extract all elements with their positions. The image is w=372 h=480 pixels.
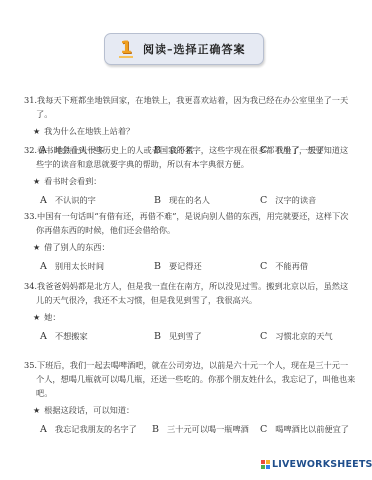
question-prompt: ★她： bbox=[24, 310, 356, 325]
liveworksheets-logo-icon bbox=[261, 460, 270, 469]
prompt-text: 借了别人的东西： bbox=[44, 242, 110, 252]
question-prompt: ★根据这段话，可以知道： bbox=[24, 403, 356, 418]
options-row: A不认识的字 B现在的名人 C汉字的读音 bbox=[24, 193, 356, 209]
options-row: A我忘记我朋友的名字了 B三十元可以喝一瓶啤酒 C喝啤酒比以前便宜了 bbox=[24, 422, 356, 438]
prompt-text: 看书时会看到： bbox=[44, 176, 101, 186]
logo-text: LIVEWORKSHEETS bbox=[272, 459, 372, 470]
question-number: 33. bbox=[24, 211, 37, 221]
option-text: 不认识的字 bbox=[55, 195, 96, 205]
prompt-text: 她： bbox=[44, 312, 60, 322]
option-c[interactable]: C不能再借 bbox=[260, 259, 308, 274]
question-prompt: ★我为什么在地铁上站着？ bbox=[24, 124, 356, 139]
section-header: 1 阅读–选择正确答案 bbox=[104, 33, 264, 65]
question-35: 35.下班后，我们一起去喝啤酒吧，就在公司旁边，以前是六十元一个人，现在是三十元… bbox=[24, 358, 356, 438]
option-letter: A bbox=[40, 195, 47, 206]
question-33: 33.中国有一句话叫“有借有还，再借不难”，是说向别人借的东西，用完就要还，这样… bbox=[24, 209, 356, 275]
question-prompt: ★借了别人的东西： bbox=[24, 240, 356, 255]
option-text: 喝啤酒比以前便宜了 bbox=[275, 424, 349, 434]
star-icon: ★ bbox=[33, 313, 40, 322]
logo-square bbox=[261, 465, 265, 469]
option-text: 汉字的读音 bbox=[275, 195, 316, 205]
option-c[interactable]: C喝啤酒比以前便宜了 bbox=[260, 422, 349, 437]
option-b[interactable]: B现在的名人 bbox=[154, 193, 210, 208]
option-a[interactable]: A不想搬家 bbox=[40, 329, 88, 344]
star-icon: ★ bbox=[33, 177, 40, 186]
star-icon: ★ bbox=[33, 127, 40, 136]
option-text: 别用太长时间 bbox=[55, 261, 104, 271]
option-letter: A bbox=[40, 261, 47, 272]
question-passage: 35.下班后，我们一起去喝啤酒吧，就在公司旁边，以前是六十元一个人，现在是三十元… bbox=[24, 358, 356, 400]
option-a[interactable]: A不认识的字 bbox=[40, 193, 96, 208]
option-letter: B bbox=[154, 331, 161, 342]
option-letter: C bbox=[260, 261, 267, 272]
option-letter: C bbox=[260, 195, 267, 206]
question-32: 32.看书时会看到一些历史上的人或者国家的名字，这些字现在很多都不用了，想要知道… bbox=[24, 143, 356, 209]
option-letter: C bbox=[260, 331, 267, 342]
logo-square bbox=[261, 460, 265, 464]
option-text: 要记得还 bbox=[169, 261, 202, 271]
option-b[interactable]: B要记得还 bbox=[154, 259, 202, 274]
question-number: 31. bbox=[24, 95, 37, 105]
option-c[interactable]: C习惯北京的天气 bbox=[260, 329, 333, 344]
question-number: 35. bbox=[24, 360, 37, 370]
option-text: 不能再借 bbox=[275, 261, 308, 271]
option-letter: A bbox=[40, 331, 47, 342]
question-passage: 34.我爸爸妈妈都是北方人，但是我一直住在南方，所以没见过雪。搬到北京以后，虽然… bbox=[24, 279, 356, 307]
question-34: 34.我爸爸妈妈都是北方人，但是我一直住在南方，所以没见过雪。搬到北京以后，虽然… bbox=[24, 279, 356, 345]
logo-square bbox=[266, 465, 270, 469]
options-row: A不想搬家 B见到雪了 C习惯北京的天气 bbox=[24, 329, 356, 345]
prompt-text: 我为什么在地铁上站着？ bbox=[44, 126, 134, 136]
star-icon: ★ bbox=[33, 406, 40, 415]
option-text: 习惯北京的天气 bbox=[275, 331, 332, 341]
option-text: 不想搬家 bbox=[55, 331, 88, 341]
option-letter: B bbox=[154, 261, 161, 272]
question-number: 32. bbox=[24, 145, 37, 155]
question-number: 34. bbox=[24, 281, 37, 291]
passage-text: 下班后，我们一起去喝啤酒吧，就在公司旁边，以前是六十元一个人，现在是三十元一个人… bbox=[36, 360, 355, 398]
question-passage: 33.中国有一句话叫“有借有还，再借不难”，是说向别人借的东西，用完就要还，这样… bbox=[24, 209, 356, 237]
option-b[interactable]: B见到雪了 bbox=[154, 329, 202, 344]
prompt-text: 根据这段话，可以知道： bbox=[44, 405, 134, 415]
option-text: 三十元可以喝一瓶啤酒 bbox=[167, 424, 249, 434]
option-letter: A bbox=[40, 424, 47, 435]
logo-square bbox=[266, 460, 270, 464]
options-row: A别用太长时间 B要记得还 C不能再借 bbox=[24, 259, 356, 275]
passage-text: 我每天下班都坐地铁回家，在地铁上，我更喜欢站着，因为我已经在办公室里坐了一天了。 bbox=[36, 95, 348, 119]
option-text: 现在的名人 bbox=[169, 195, 210, 205]
question-passage: 32.看书时会看到一些历史上的人或者国家的名字，这些字现在很多都不用了，想要知道… bbox=[24, 143, 356, 171]
option-b[interactable]: B三十元可以喝一瓶啤酒 bbox=[152, 422, 249, 437]
option-text: 我忘记我朋友的名字了 bbox=[55, 424, 137, 434]
option-letter: C bbox=[260, 424, 267, 435]
section-number: 1 bbox=[119, 40, 133, 58]
option-text: 见到雪了 bbox=[169, 331, 202, 341]
option-a[interactable]: A别用太长时间 bbox=[40, 259, 104, 274]
option-a[interactable]: A我忘记我朋友的名字了 bbox=[40, 422, 137, 437]
question-passage: 31.我每天下班都坐地铁回家，在地铁上，我更喜欢站着，因为我已经在办公室里坐了一… bbox=[24, 93, 356, 121]
option-letter: B bbox=[154, 195, 161, 206]
option-c[interactable]: C汉字的读音 bbox=[260, 193, 316, 208]
passage-text: 中国有一句话叫“有借有还，再借不难”，是说向别人借的东西，用完就要还，这样下次你… bbox=[36, 211, 348, 235]
passage-text: 我爸爸妈妈都是北方人，但是我一直住在南方，所以没见过雪。搬到北京以后，虽然这儿的… bbox=[36, 281, 348, 305]
star-icon: ★ bbox=[33, 243, 40, 252]
liveworksheets-logo[interactable]: LIVEWORKSHEETS bbox=[261, 459, 372, 470]
option-letter: B bbox=[152, 424, 159, 435]
section-title: 阅读–选择正确答案 bbox=[143, 41, 246, 57]
passage-text: 看书时会看到一些历史上的人或者国家的名字，这些字现在很多都不用了，想要知道这些字… bbox=[36, 145, 348, 169]
question-prompt: ★看书时会看到： bbox=[24, 174, 356, 189]
